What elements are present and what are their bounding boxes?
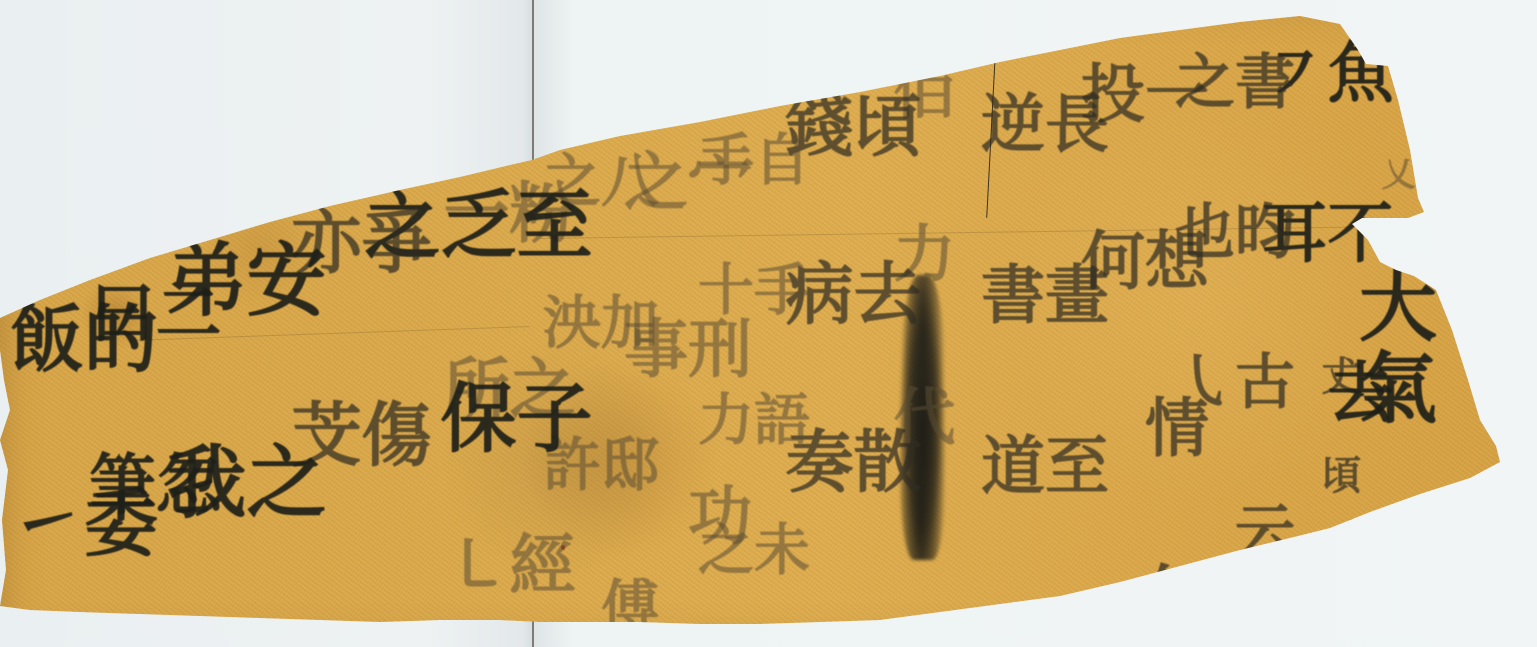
script-column: 的 委 飯 ㇀	[4, 300, 152, 647]
script-column: 長 畫 至 逆 書 道	[975, 90, 1103, 647]
